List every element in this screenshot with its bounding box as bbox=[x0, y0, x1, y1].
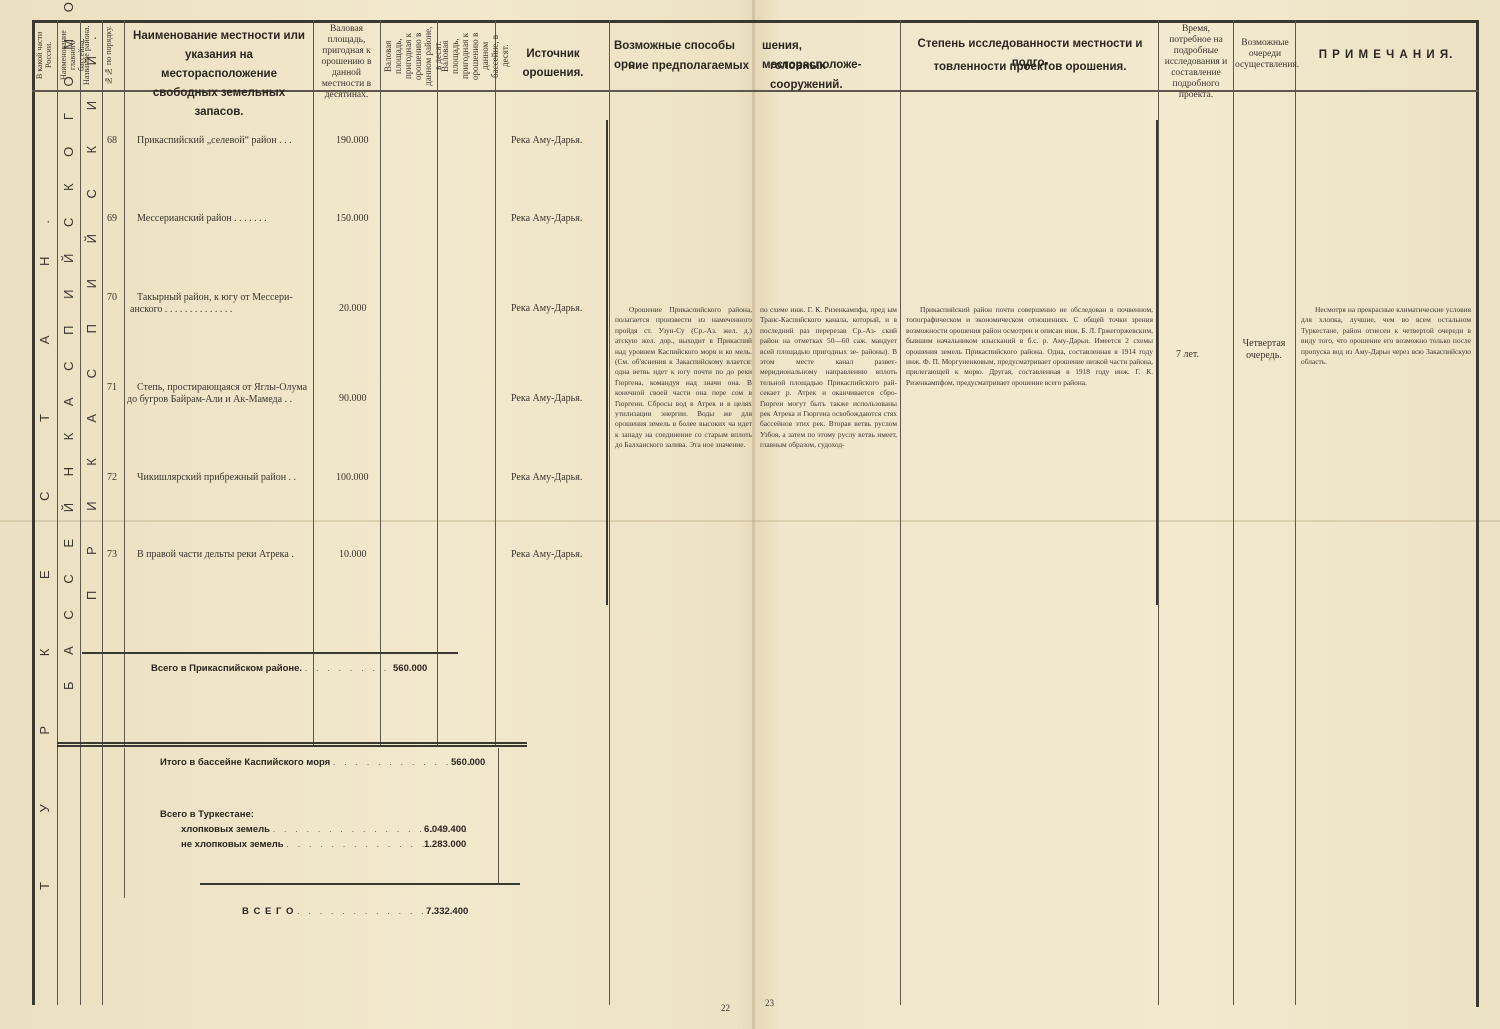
row-73-area: 10.000 bbox=[339, 549, 367, 560]
district-total-text: Всего в Прикаспийском районе. bbox=[151, 663, 302, 674]
turkestan-total-label: Всего в Туркестане: bbox=[160, 809, 254, 820]
row-72-name: Чикишлярский прибрежный район . . bbox=[137, 472, 296, 483]
header-part-of-russia: В какой части России. bbox=[35, 24, 55, 86]
row-73-number: 73 bbox=[107, 549, 117, 560]
notes-text: Несмотря на прекрасные климатические усл… bbox=[1301, 305, 1471, 367]
grand-total-text: В С Е Г О bbox=[242, 906, 294, 917]
row-71-number: 71 bbox=[107, 382, 117, 393]
col-line bbox=[900, 20, 901, 1005]
grand-total-value: 7.332.400 bbox=[426, 906, 468, 917]
header-locality: Наименование местности или указания на м… bbox=[130, 27, 308, 122]
row-73-name: В правой части дельты реки Атрека . bbox=[137, 549, 294, 560]
row-69-area: 150.000 bbox=[336, 213, 369, 224]
col-line bbox=[495, 20, 496, 745]
col-line bbox=[313, 20, 314, 745]
col-line bbox=[124, 20, 125, 745]
bracket-line bbox=[606, 120, 608, 605]
research-text: Прикаспийский район почти совершенно не … bbox=[906, 305, 1153, 388]
col-line bbox=[124, 748, 125, 898]
col-line bbox=[80, 20, 81, 1005]
noncotton-land-value: 1.283.000 bbox=[424, 839, 466, 850]
row-70-source: Река Аму-Дарья. bbox=[511, 303, 582, 314]
basin-total-label: Итого в бассейне Каспийского моря . . . … bbox=[160, 757, 474, 768]
paper-fold-horizontal bbox=[0, 520, 1500, 522]
header-gross-area-district: Валовая площадь, пригодная к орошению в … bbox=[383, 24, 435, 88]
row-70-name: Такырный район, к югу от Мессери- bbox=[137, 292, 293, 303]
header-notes: П Р И М Е Ч А Н И Я. bbox=[1298, 46, 1474, 65]
row-68-number: 68 bbox=[107, 135, 117, 146]
row-71-area: 90.000 bbox=[339, 393, 367, 404]
bracket-line bbox=[1156, 120, 1158, 605]
header-methods-left-2: ние предполагаемых bbox=[614, 57, 749, 76]
noncotton-land-text: не хлопковых земель bbox=[181, 839, 284, 850]
header-gross-area-locality: Валовая площадь, пригодная к орошению в … bbox=[314, 24, 379, 101]
header-gross-area-basin: Валовая площадь, пригодная к орошению в … bbox=[440, 24, 494, 88]
col-line bbox=[609, 20, 610, 1005]
methods-text-right: по схеме инж. Г. К. Ризенкампфа, пред ым… bbox=[760, 305, 897, 451]
page-number-left: 22 bbox=[721, 1003, 730, 1013]
header-irrigation-source: Источник орошения. bbox=[497, 45, 609, 83]
noncotton-land-label: не хлопковых земель . . . . . . . . . . … bbox=[181, 839, 450, 850]
col-line bbox=[57, 20, 58, 1005]
row-73-source: Река Аму-Дарья. bbox=[511, 549, 582, 560]
col-line bbox=[498, 748, 499, 883]
row-72-source: Река Аму-Дарья. bbox=[511, 472, 582, 483]
methods-text-left: Орошение Прикаспийского района, полагает… bbox=[615, 305, 752, 451]
district-total-rule bbox=[82, 652, 458, 654]
row-70-number: 70 bbox=[107, 292, 117, 303]
label-district: П Р И К А С П И Й С К И Й. bbox=[84, 160, 100, 600]
basin-total-rule bbox=[57, 742, 527, 747]
row-71-name: Степь, простирающаяся от Яглы-Олума bbox=[137, 382, 307, 393]
header-row-number: №№ по порядку. bbox=[104, 24, 122, 86]
row-70-name-cont: анского . . . . . . . . . . . . . . bbox=[130, 304, 232, 315]
label-basin: Б А С С Е Й Н К А С П И Й С К О Г О М О … bbox=[61, 150, 77, 690]
district-total-label: Всего в Прикаспийском районе. . . . . . … bbox=[151, 663, 389, 674]
row-69-source: Река Аму-Дарья. bbox=[511, 213, 582, 224]
paper-fold-vertical bbox=[752, 0, 755, 1029]
row-71-source: Река Аму-Дарья. bbox=[511, 393, 582, 404]
col-line bbox=[102, 20, 103, 1005]
table-left-border bbox=[32, 20, 35, 1005]
row-69-number: 69 bbox=[107, 213, 117, 224]
col-line bbox=[380, 20, 381, 745]
district-total-value: 560.000 bbox=[393, 663, 427, 674]
table-right-border bbox=[1476, 20, 1479, 1007]
row-71-name-cont: до бугров Байрам-Али и Ак-Мамеда . . bbox=[127, 394, 292, 405]
header-time-needed: Время, потребное на подробные исследован… bbox=[1160, 24, 1232, 101]
row-68-area: 190.000 bbox=[336, 135, 369, 146]
row-69-name: Мессерианский район . . . . . . . bbox=[137, 213, 267, 224]
header-research-2: товленности проектов орошения. bbox=[905, 58, 1155, 77]
row-72-number: 72 bbox=[107, 472, 117, 483]
cotton-land-text: хлопковых земель bbox=[181, 824, 270, 835]
table-top-border bbox=[32, 20, 1479, 23]
time-value: 7 лет. bbox=[1176, 349, 1199, 360]
header-possible-queue: Возможные очереди осуществления. bbox=[1235, 38, 1295, 71]
col-line bbox=[1233, 20, 1234, 1005]
col-line bbox=[437, 20, 438, 745]
row-72-area: 100.000 bbox=[336, 472, 369, 483]
row-70-area: 20.000 bbox=[339, 303, 367, 314]
grand-total-rule bbox=[200, 883, 520, 885]
district-total-dots: . . . . . . . . bbox=[305, 663, 390, 674]
page-number-right: 23 bbox=[765, 998, 774, 1008]
row-68-name: Прикаспийский „селевой“ район . . . bbox=[137, 135, 292, 146]
basin-total-text: Итого в бассейне Каспийского моря bbox=[160, 757, 330, 768]
header-methods-right-2: головных сооружений. bbox=[770, 57, 895, 95]
basin-total-value: 560.000 bbox=[451, 757, 485, 768]
col-line bbox=[1295, 20, 1296, 1005]
row-68-source: Река Аму-Дарья. bbox=[511, 135, 582, 146]
queue-value: Четвертая очередь. bbox=[1238, 338, 1290, 362]
col-line bbox=[1158, 20, 1159, 1005]
label-country: Т У Р К Е С Т А Н. bbox=[37, 250, 53, 890]
cotton-land-value: 6.049.400 bbox=[424, 824, 466, 835]
